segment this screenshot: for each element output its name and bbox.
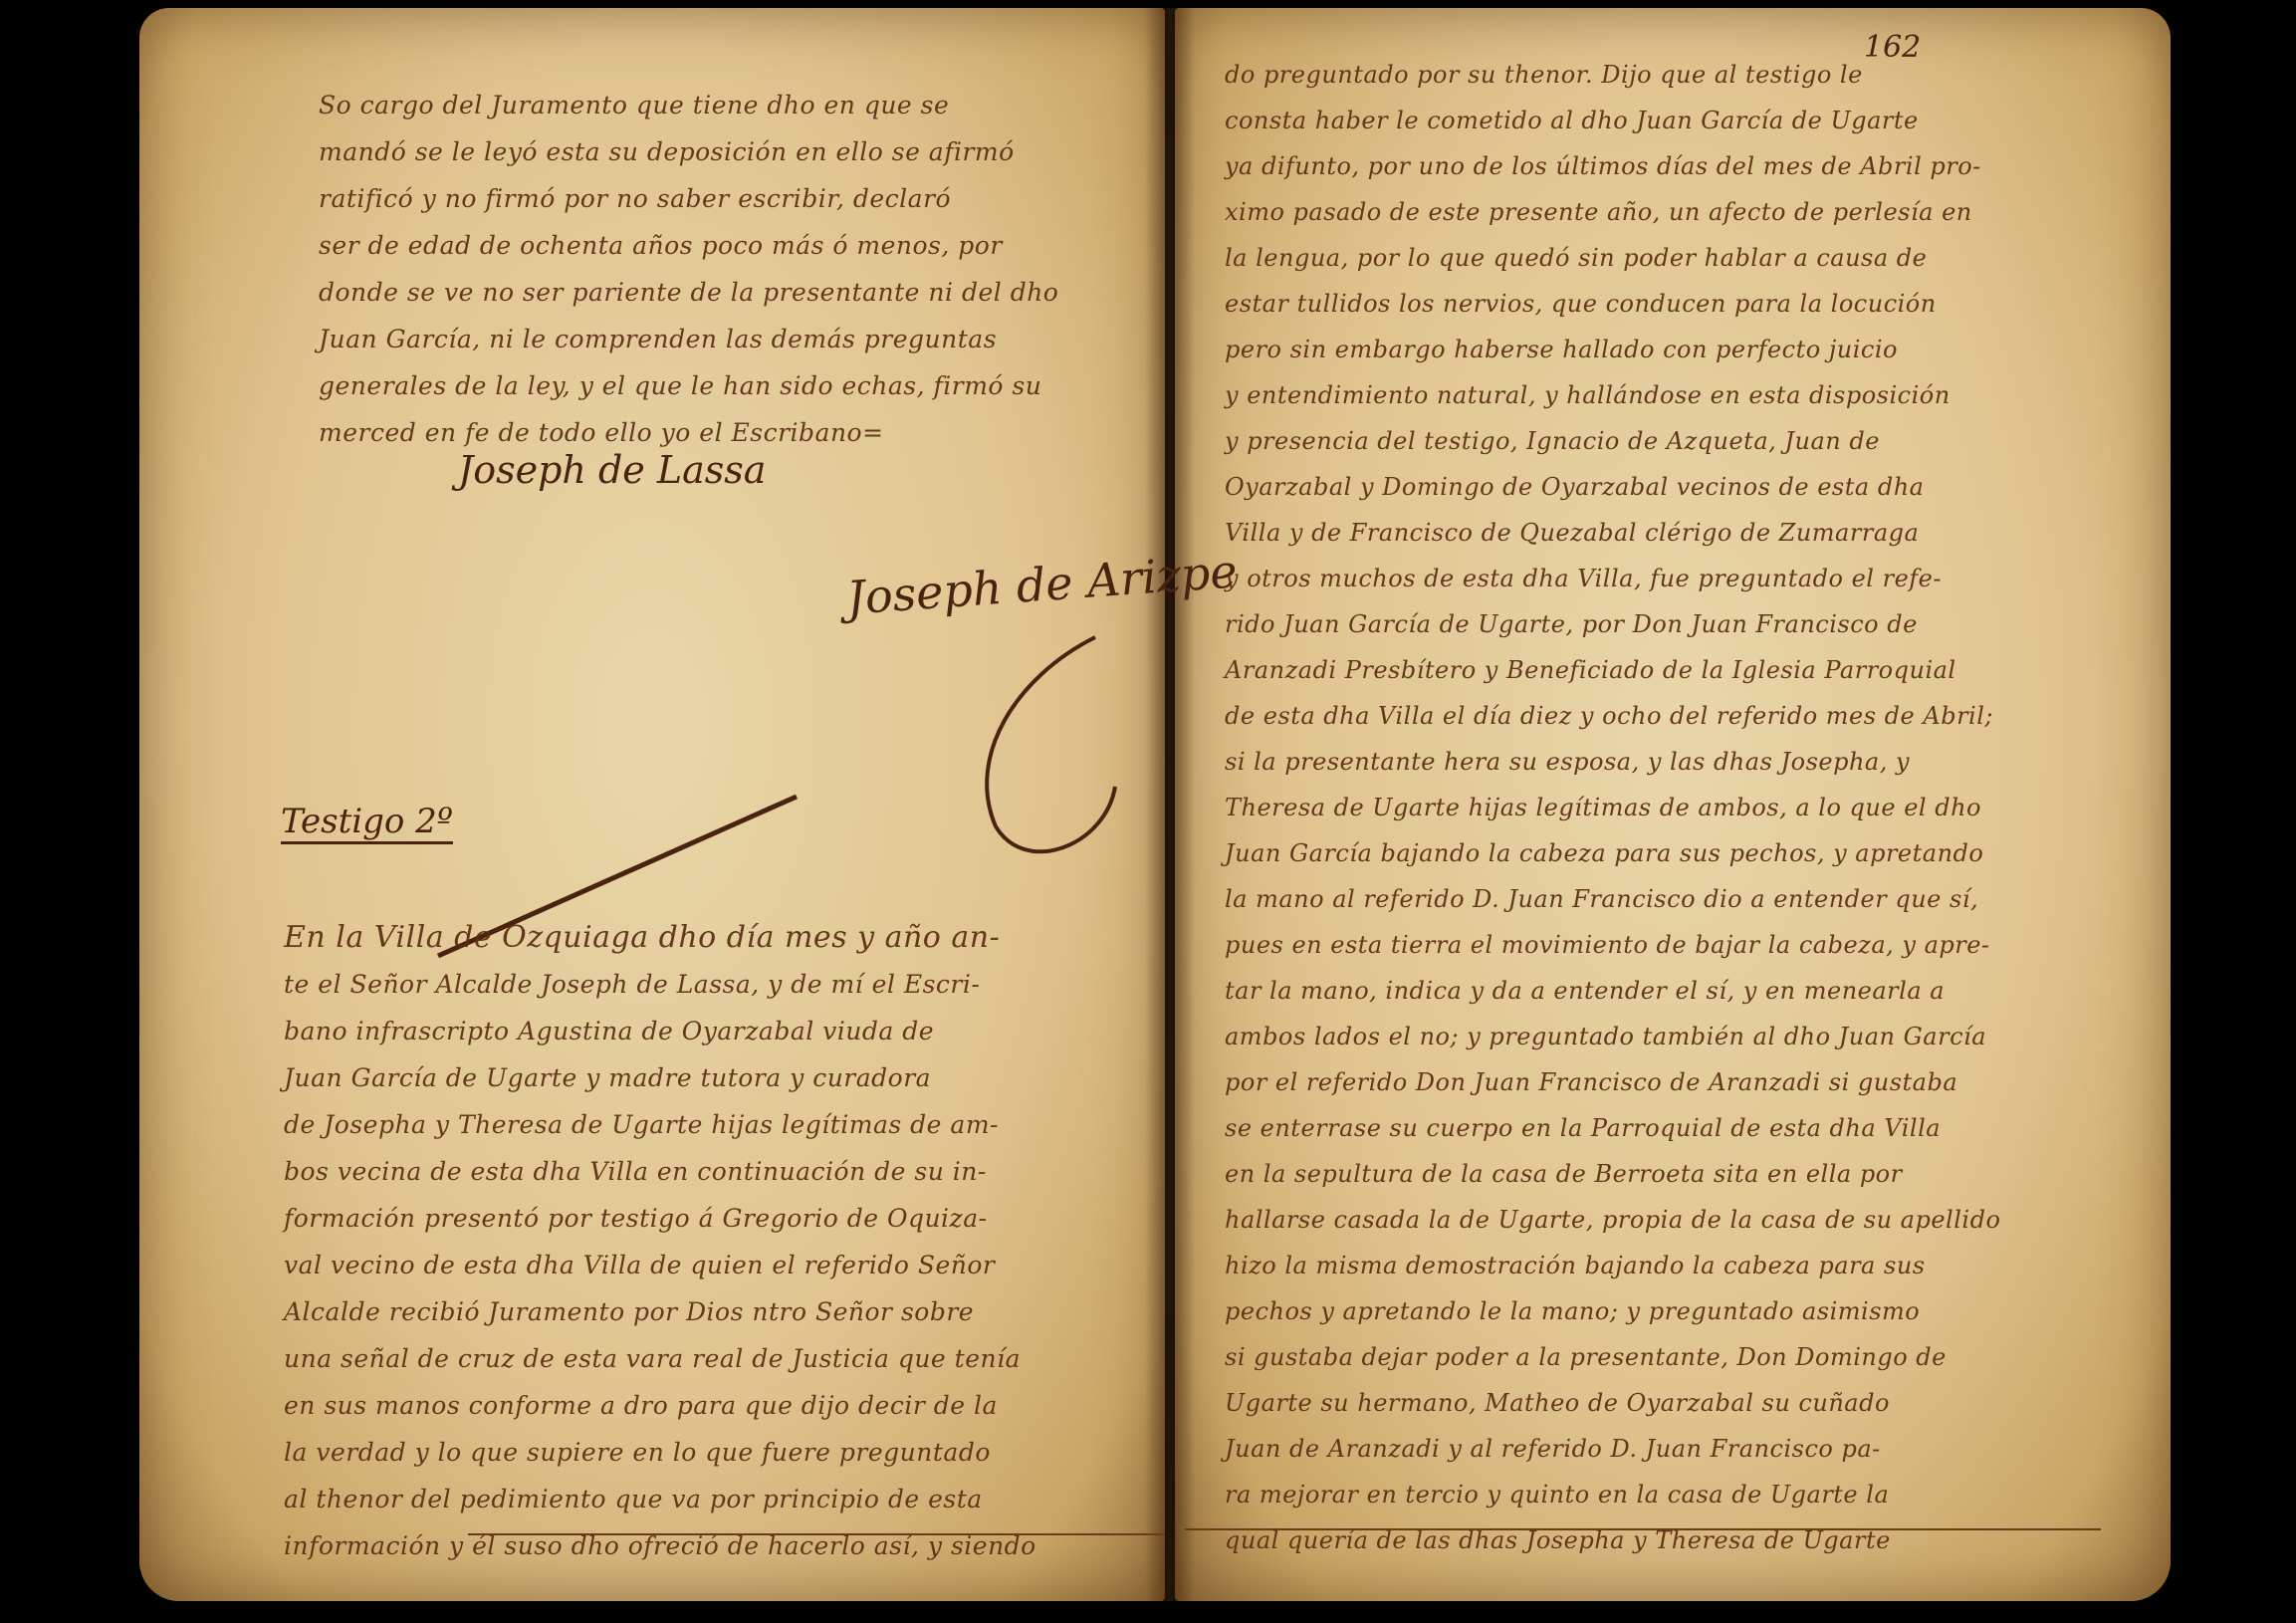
text-line: de esta dha Villa el día diez y ocho del… <box>1225 693 2000 739</box>
text-line: val vecino de esta dha Villa de quien el… <box>284 1242 1036 1288</box>
text-line: generales de la ley, y el que le han sid… <box>319 362 1058 409</box>
text-line: por el referido Don Juan Francisco de Ar… <box>1225 1059 2000 1105</box>
signature-joseph-de-lassa: Joseph de Lassa <box>458 448 766 492</box>
text-line: Juan de Aranzadi y al referido D. Juan F… <box>1225 1426 2000 1472</box>
text-line: pechos y apretando le la mano; y pregunt… <box>1225 1288 2000 1334</box>
text-line: la mano al referido D. Juan Francisco di… <box>1225 876 2000 922</box>
bottom-rule-right <box>1185 1528 2101 1530</box>
text-line: pues en esta tierra el movimiento de baj… <box>1225 922 2000 968</box>
text-line: rido Juan García de Ugarte, por Don Juan… <box>1225 601 2000 647</box>
text-line: consta haber le cometido al dho Juan Gar… <box>1225 98 2000 143</box>
text-line: en la sepultura de la casa de Berroeta s… <box>1225 1151 2000 1197</box>
text-line: te el Señor Alcalde Joseph de Lassa, y d… <box>284 961 1036 1008</box>
witness-heading: Testigo 2º <box>281 802 453 844</box>
text-line: donde se ve no ser pariente de la presen… <box>319 269 1058 316</box>
text-line: Theresa de Ugarte hijas legítimas de amb… <box>1225 785 2000 830</box>
right-page-text: do preguntado por su thenor. Dijo que al… <box>1225 52 2000 1563</box>
text-line: Villa y de Francisco de Quezabal clérigo… <box>1225 510 2000 556</box>
text-line: Ugarte su hermano, Matheo de Oyarzabal s… <box>1225 1380 2000 1426</box>
text-line: si gustaba dejar poder a la presentante,… <box>1225 1334 2000 1380</box>
text-line: hizo la misma demostración bajando la ca… <box>1225 1243 2000 1288</box>
text-line: hallarse casada la de Ugarte, propia de … <box>1225 1197 2000 1243</box>
left-page-text-top: So cargo del Juramento que tiene dho en … <box>319 82 1058 456</box>
text-line: ya difunto, por uno de los últimos días … <box>1225 143 2000 189</box>
text-line: tar la mano, indica y da a entender el s… <box>1225 968 2000 1014</box>
text-line: al thenor del pedimiento que va por prin… <box>284 1476 1036 1522</box>
text-line: So cargo del Juramento que tiene dho en … <box>319 82 1058 128</box>
text-line: la verdad y lo que supiere en lo que fue… <box>284 1429 1036 1476</box>
text-line: Aranzadi Presbítero y Beneficiado de la … <box>1225 647 2000 693</box>
text-line: Alcalde recibió Juramento por Dios ntro … <box>284 1288 1036 1335</box>
text-line: una señal de cruz de esta vara real de J… <box>284 1335 1036 1382</box>
text-line: mandó se le leyó esta su deposición en e… <box>319 128 1058 175</box>
text-line: ratificó y no firmó por no saber escribi… <box>319 175 1058 222</box>
text-line: de Josepha y Theresa de Ugarte hijas leg… <box>284 1101 1036 1148</box>
text-line: ra mejorar en tercio y quinto en la casa… <box>1225 1472 2000 1517</box>
text-line: información y él suso dho ofreció de hac… <box>284 1522 1036 1569</box>
text-line: si la presentante hera su esposa, y las … <box>1225 739 2000 785</box>
text-line: pero sin embargo haberse hallado con per… <box>1225 327 2000 372</box>
text-line: en sus manos conforme a dro para que dij… <box>284 1382 1036 1429</box>
book-gutter <box>1145 8 1195 1601</box>
left-page-text-bottom: En la Villa de Ozquiaga dho día mes y añ… <box>284 914 1036 1569</box>
text-line: bos vecina de esta dha Villa en continua… <box>284 1148 1036 1195</box>
bottom-rule-left <box>468 1533 1165 1535</box>
text-line: formación presentó por testigo á Gregori… <box>284 1195 1036 1242</box>
text-line: Juan García de Ugarte y madre tutora y c… <box>284 1054 1036 1101</box>
text-line: se enterrase su cuerpo en la Parroquial … <box>1225 1105 2000 1151</box>
text-line: y otros muchos de esta dha Villa, fue pr… <box>1225 556 2000 601</box>
text-line: Juan García bajando la cabeza para sus p… <box>1225 830 2000 876</box>
text-line: ximo pasado de este presente año, un afe… <box>1225 189 2000 235</box>
text-line: Juan García, ni le comprenden las demás … <box>319 316 1058 362</box>
text-line: qual quería de las dhas Josepha y Theres… <box>1225 1517 2000 1563</box>
text-line: Oyarzabal y Domingo de Oyarzabal vecinos… <box>1225 464 2000 510</box>
text-line: la lengua, por lo que quedó sin poder ha… <box>1225 235 2000 281</box>
text-line: ser de edad de ochenta años poco más ó m… <box>319 222 1058 269</box>
text-line: y presencia del testigo, Ignacio de Azqu… <box>1225 418 2000 464</box>
text-line: do preguntado por su thenor. Dijo que al… <box>1225 52 2000 98</box>
text-line: bano infrascripto Agustina de Oyarzabal … <box>284 1008 1036 1054</box>
text-line: y entendimiento natural, y hallándose en… <box>1225 372 2000 418</box>
text-line: ambos lados el no; y preguntado también … <box>1225 1014 2000 1059</box>
text-line: estar tullidos los nervios, que conducen… <box>1225 281 2000 327</box>
text-line: En la Villa de Ozquiaga dho día mes y añ… <box>284 914 1036 961</box>
signature-flourish <box>956 617 1135 876</box>
